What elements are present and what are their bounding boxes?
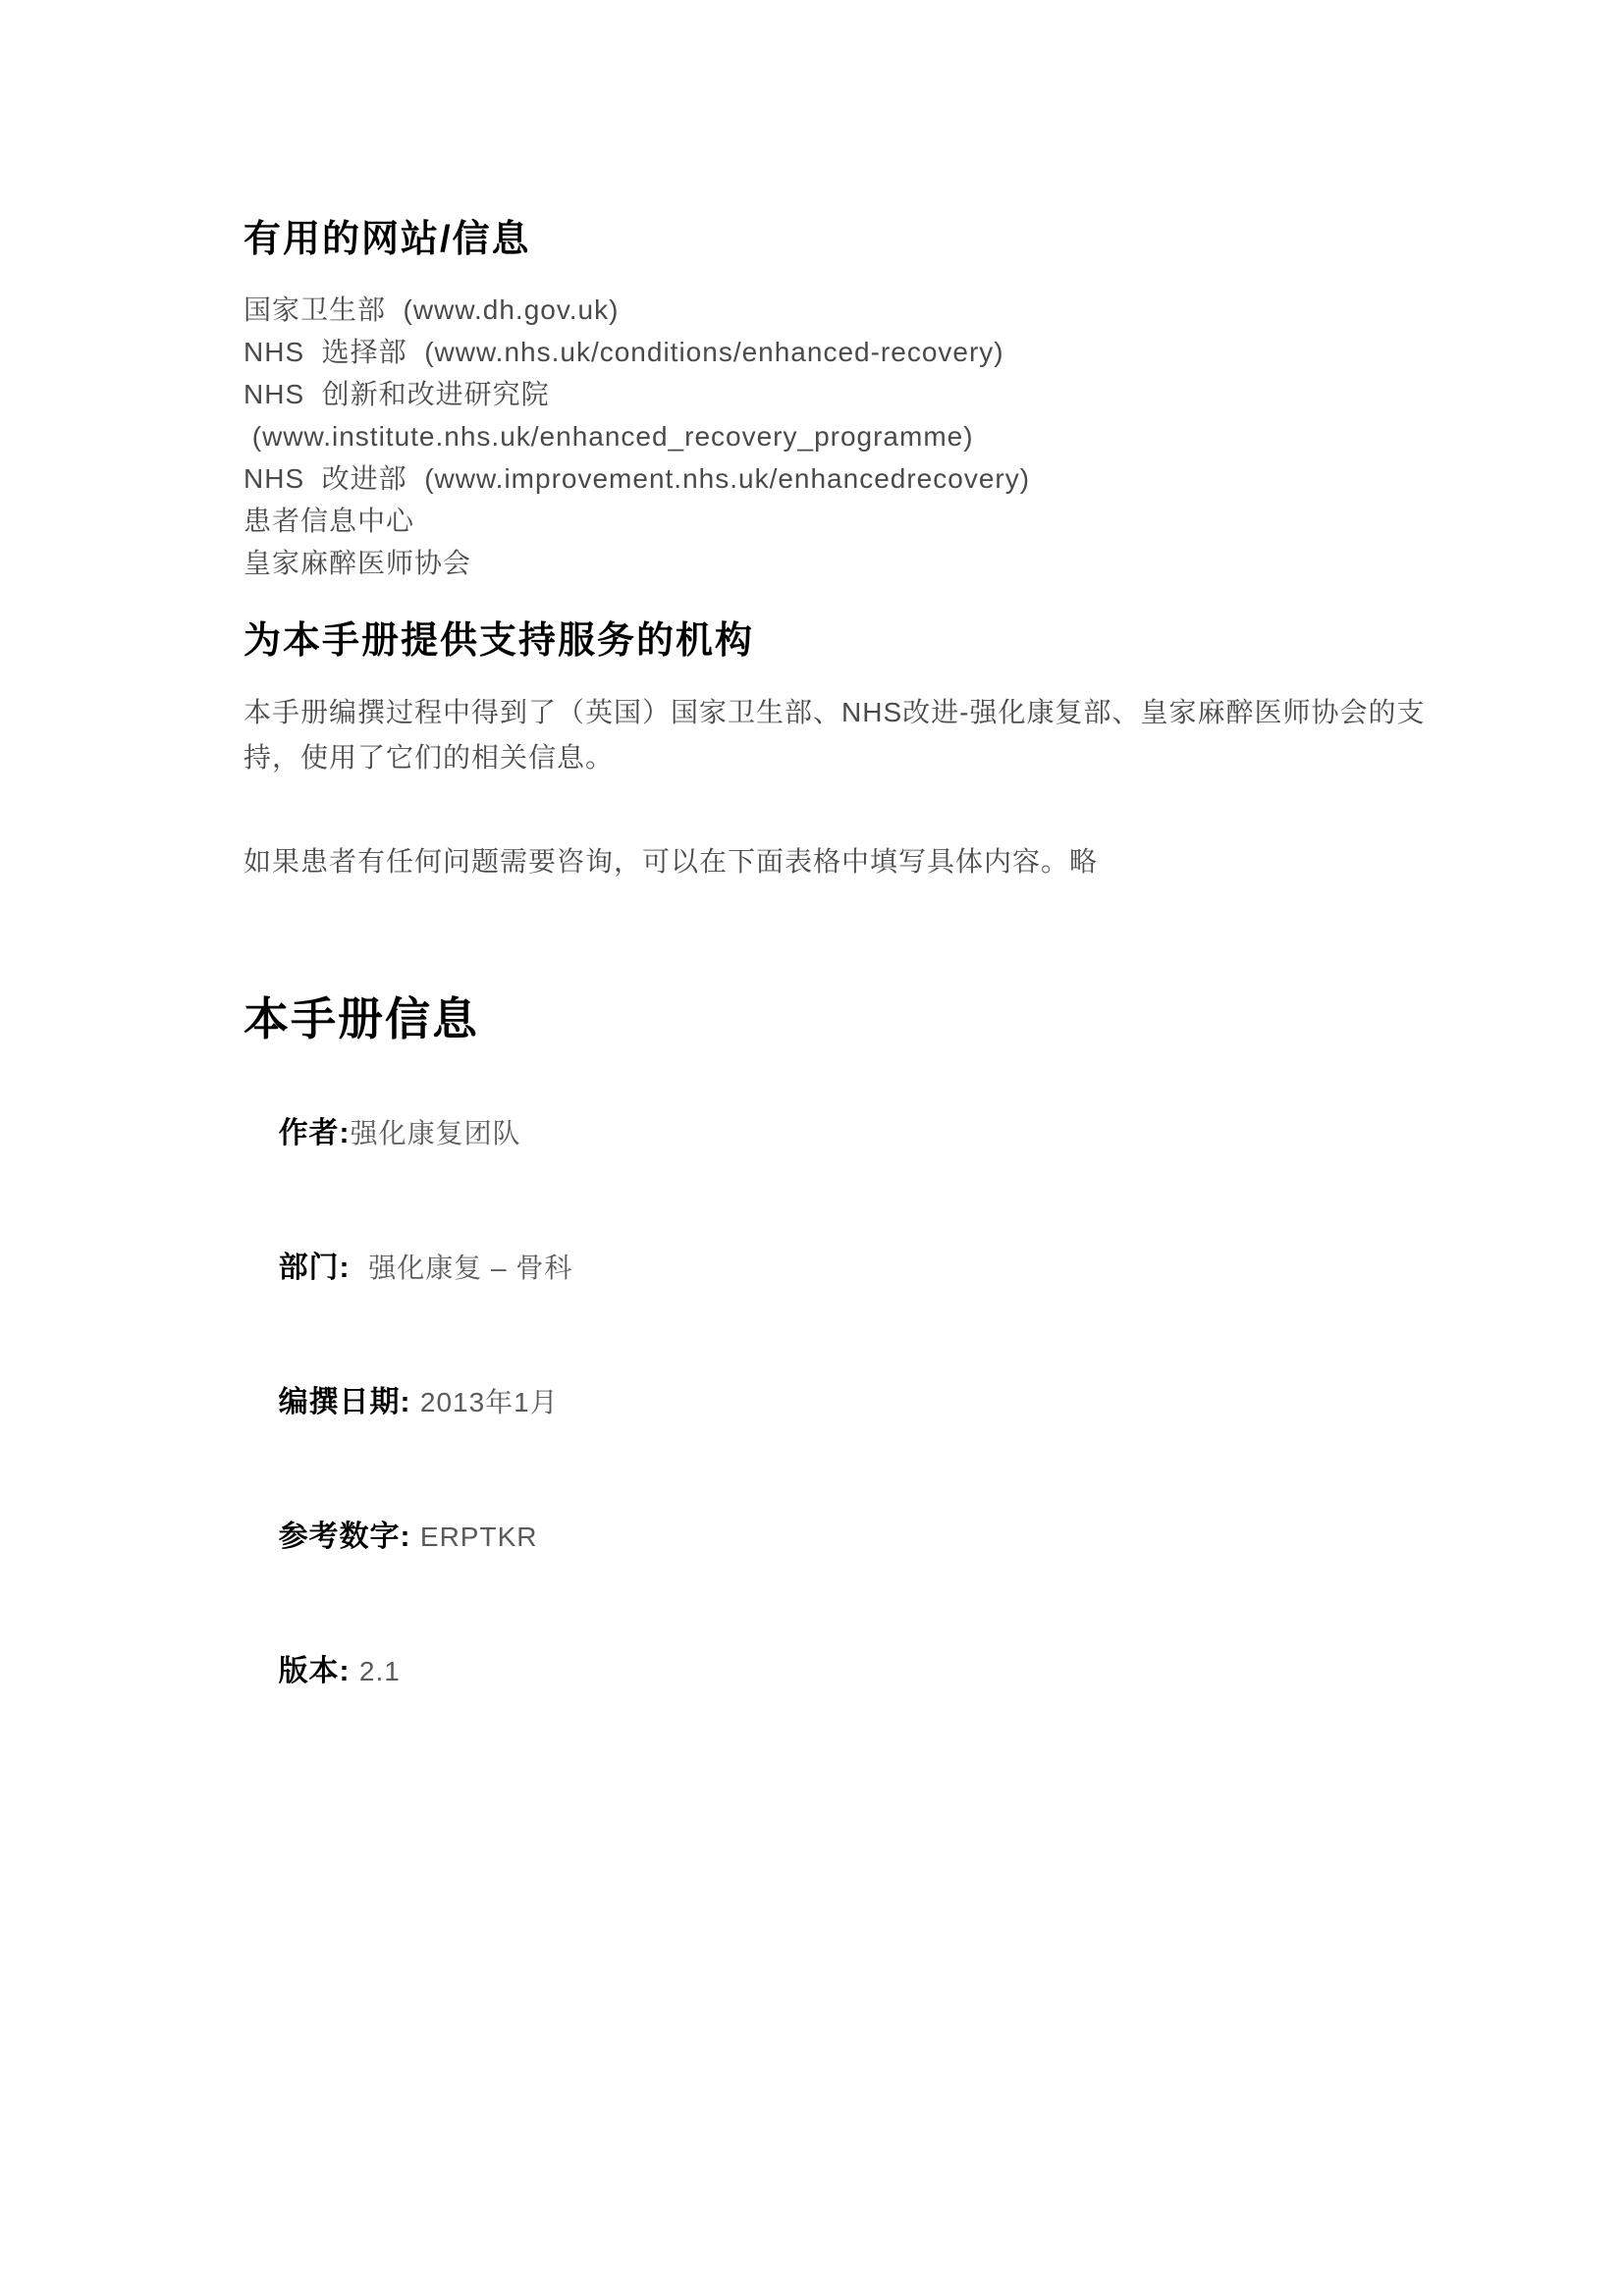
info-label-department: 部门: xyxy=(279,1252,369,1284)
site-line-royal-anaesthetists: 皇家麻醉医师协会 xyxy=(244,542,1447,584)
info-value-department: 强化康复 – 骨科 xyxy=(368,1253,572,1283)
info-label-author: 作者: xyxy=(279,1117,351,1149)
section-heading-booklet-info: 本手册信息 xyxy=(244,994,1447,1043)
info-value-reference: ERPTKR xyxy=(420,1522,538,1552)
site-line-dh: 国家卫生部 (www.dh.gov.uk) xyxy=(244,289,1447,331)
info-row-department: 部门: 强化康复 – 骨科 xyxy=(244,1203,1447,1338)
info-row-version: 版本: 2.1 xyxy=(244,1607,1447,1741)
contact-note-paragraph: 如果患者有任何问题需要咨询，可以在下面表格中填写具体内容。略 xyxy=(244,839,1436,884)
document-content: 有用的网站/信息 国家卫生部 (www.dh.gov.uk) NHS 选择部 (… xyxy=(0,0,1624,1741)
site-line-nhs-institute-url: (www.institute.nhs.uk/enhanced_recovery_… xyxy=(244,415,1447,457)
section-heading-supporting-orgs: 为本手册提供支持服务的机构 xyxy=(244,619,1447,663)
info-value-version: 2.1 xyxy=(359,1656,401,1686)
info-row-date: 编撰日期: 2013年1月 xyxy=(244,1338,1447,1472)
section-heading-useful-sites: 有用的网站/信息 xyxy=(244,218,1447,261)
useful-sites-list: 国家卫生部 (www.dh.gov.uk) NHS 选择部 (www.nhs.u… xyxy=(244,289,1447,584)
info-label-date: 编撰日期: xyxy=(279,1386,420,1418)
info-label-version: 版本: xyxy=(279,1655,359,1687)
document-page: 有用的网站/信息 国家卫生部 (www.dh.gov.uk) NHS 选择部 (… xyxy=(0,0,1624,2296)
info-row-author: 作者:强化康复团队 xyxy=(244,1069,1447,1203)
info-value-author: 强化康复团队 xyxy=(351,1118,521,1148)
info-value-date: 2013年1月 xyxy=(420,1387,559,1417)
site-line-nhs-improvement: NHS 改进部 (www.improvement.nhs.uk/enhanced… xyxy=(244,457,1447,500)
site-line-nhs-choices: NHS 选择部 (www.nhs.uk/conditions/enhanced-… xyxy=(244,331,1447,373)
supporting-orgs-paragraph: 本手册编撰过程中得到了（英国）国家卫生部、NHS改进-强化康复部、皇家麻醉医师协… xyxy=(244,690,1436,780)
booklet-info-list: 作者:强化康复团队 部门: 强化康复 – 骨科 编撰日期: 2013年1月 参考… xyxy=(244,1069,1447,1741)
site-line-patient-info-center: 患者信息中心 xyxy=(244,500,1447,542)
site-line-nhs-institute: NHS 创新和改进研究院 xyxy=(244,373,1447,415)
info-row-reference: 参考数字: ERPTKR xyxy=(244,1472,1447,1607)
info-label-reference: 参考数字: xyxy=(279,1521,420,1553)
